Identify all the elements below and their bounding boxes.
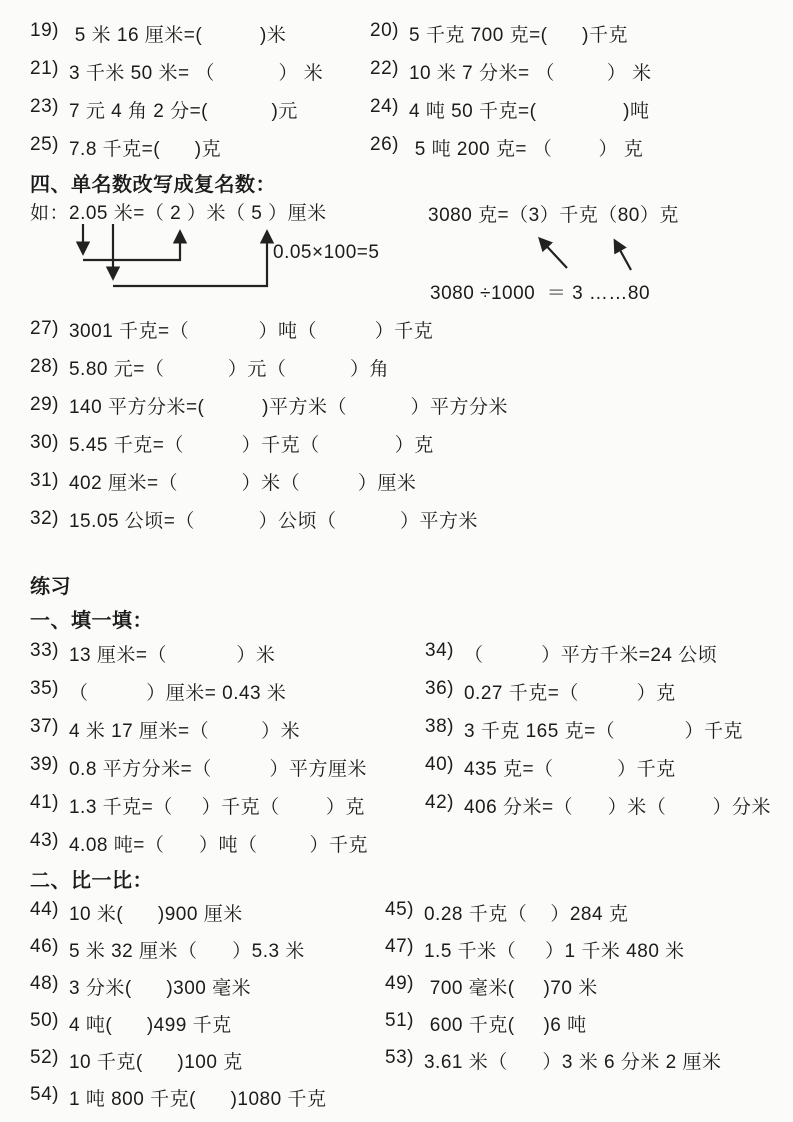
problem-number: 32): [30, 508, 59, 530]
practice-title: 练习: [30, 566, 793, 602]
problem-36: 36) 0.27 千克=（ ）克: [425, 678, 676, 705]
problem-text: 0.8 平方分米=（ ）平方厘米: [69, 754, 367, 781]
problem-text: 4 吨 50 千克=( )吨: [409, 96, 649, 123]
problem-row: 25) 7.8 千克=( )克 26) 5 吨 200 克= （ ） 克: [30, 128, 793, 166]
problem-text: 5 吨 200 克= （ ） 克: [409, 134, 643, 161]
problem-number: 40): [425, 754, 454, 781]
problem-number: 29): [30, 394, 59, 416]
problem-text: 5 米 16 厘米=( )米: [69, 20, 286, 47]
problem-31: 31) 402 厘米=（ ）米（ ）厘米: [30, 462, 793, 500]
problem-53: 53) 3.61 米（ ）3 米 6 分米 2 厘米: [385, 1047, 722, 1074]
problem-row: 37) 4 米 17 厘米=（ ）米 38) 3 千克 165 克=（ ）千克: [30, 710, 793, 748]
problem-number: 22): [370, 58, 399, 85]
problem-text: 1.5 千米（ ）1 千米 480 米: [424, 936, 685, 963]
problem-text: 3.61 米（ ）3 米 6 分米 2 厘米: [424, 1047, 722, 1074]
problem-text: 140 平方分米=( )平方米（ ）平方分米: [69, 392, 508, 419]
problem-34: 34) （ ）平方千米=24 公顷: [425, 640, 717, 667]
problem-number: 31): [30, 470, 59, 492]
problem-47: 47) 1.5 千米（ ）1 千米 480 米: [385, 936, 685, 963]
problem-number: 44): [30, 899, 59, 926]
fill-in-subheading: 一、填一填：: [30, 602, 793, 634]
problem-row: 35) （ ）厘米= 0.43 米 36) 0.27 千克=（ ）克: [30, 672, 793, 710]
problem-text: 10 米 7 分米= （ ） 米: [409, 58, 652, 85]
problem-number: 28): [30, 356, 59, 378]
problem-22: 22) 10 米 7 分米= （ ） 米: [370, 58, 652, 85]
problem-24: 24) 4 吨 50 千克=( )吨: [370, 96, 649, 123]
problem-42: 42) 406 分米=（ ）米（ ）分米: [425, 792, 771, 819]
up-left-arrow-icon: [540, 239, 567, 268]
problem-44: 44) 10 米( )900 厘米: [30, 899, 385, 926]
problem-text: 406 分米=（ ）米（ ）分米: [464, 792, 771, 819]
problem-row: 44) 10 米( )900 厘米 45) 0.28 千克（ ）284 克: [30, 894, 793, 931]
problem-text: 4 吨( )499 千克: [69, 1010, 232, 1037]
problem-row: 48) 3 分米( )300 毫米 49) 700 毫米( )70 米: [30, 968, 793, 1005]
problem-text: （ ）厘米= 0.43 米: [69, 678, 286, 705]
problem-number: 39): [30, 754, 59, 781]
problem-text: 7 元 4 角 2 分=( )元: [69, 96, 298, 123]
problem-number: 19): [30, 20, 59, 47]
problem-number: 35): [30, 678, 59, 705]
problem-text: 600 千克( )6 吨: [424, 1010, 587, 1037]
problem-number: 47): [385, 936, 414, 963]
problem-number: 43): [30, 830, 59, 857]
problem-text: 5.80 元=（ ）元（ ）角: [69, 354, 389, 381]
problem-number: 51): [385, 1010, 414, 1037]
problem-text: 700 毫米( )70 米: [424, 973, 598, 1000]
problem-25: 25) 7.8 千克=( )克: [30, 134, 370, 161]
problem-26: 26) 5 吨 200 克= （ ） 克: [370, 134, 643, 161]
problem-number: 54): [30, 1084, 59, 1111]
problem-text: 13 厘米=（ ）米: [69, 640, 275, 667]
problem-52: 52) 10 千克( )100 克: [30, 1047, 385, 1074]
problem-text: 5 千克 700 克=( )千克: [409, 20, 628, 47]
problem-text: 435 克=（ ）千克: [464, 754, 676, 781]
problem-number: 25): [30, 134, 59, 161]
problem-text: 3 千克 165 克=（ ）千克: [464, 716, 743, 743]
problem-51: 51) 600 千克( )6 吨: [385, 1010, 587, 1037]
problem-row: 21) 3 千米 50 米= （ ） 米 22) 10 米 7 分米= （ ） …: [30, 52, 793, 90]
problem-32: 32) 15.05 公顷=（ ）公顷（ ）平方米: [30, 500, 793, 538]
problem-number: 33): [30, 640, 59, 667]
problem-number: 41): [30, 792, 59, 819]
problem-row: 54) 1 吨 800 千克( )1080 千克: [30, 1079, 793, 1116]
problem-row: 43) 4.08 吨=（ ）吨（ ）千克: [30, 824, 793, 862]
problem-43: 43) 4.08 吨=（ ）吨（ ）千克: [30, 830, 425, 857]
problem-number: 52): [30, 1047, 59, 1074]
problem-row: 23) 7 元 4 角 2 分=( )元 24) 4 吨 50 千克=( )吨: [30, 90, 793, 128]
problem-37: 37) 4 米 17 厘米=（ ）米: [30, 716, 425, 743]
problem-41: 41) 1.3 千克=（ ）千克（ ）克: [30, 792, 425, 819]
problem-row: 50) 4 吨( )499 千克 51) 600 千克( )6 吨: [30, 1005, 793, 1042]
problem-number: 50): [30, 1010, 59, 1037]
conversion-example-diagram: 如：2.05 米=（ 2 ）米（ 5 ）厘米 0.05×100=5 3080 克…: [30, 198, 763, 310]
problem-number: 24): [370, 96, 399, 123]
problem-text: 402 厘米=（ ）米（ ）厘米: [69, 468, 416, 495]
problem-21: 21) 3 千米 50 米= （ ） 米: [30, 58, 370, 85]
problem-text: 15.05 公顷=（ ）公顷（ ）平方米: [69, 506, 478, 533]
problem-text: （ ）平方千米=24 公顷: [464, 640, 717, 667]
problem-38: 38) 3 千克 165 克=（ ）千克: [425, 716, 743, 743]
problem-48: 48) 3 分米( )300 毫米: [30, 973, 385, 1000]
problem-row: 52) 10 千克( )100 克 53) 3.61 米（ ）3 米 6 分米 …: [30, 1042, 793, 1079]
problem-text: 0.27 千克=（ ）克: [464, 678, 676, 705]
problem-row: 33) 13 厘米=（ ）米 34) （ ）平方千米=24 公顷: [30, 634, 793, 672]
problem-text: 4 米 17 厘米=（ ）米: [69, 716, 300, 743]
compare-subheading: 二、比一比：: [30, 862, 793, 894]
up-left-arrow-icon: [615, 241, 631, 270]
problem-row: 41) 1.3 千克=（ ）千克（ ）克 42) 406 分米=（ ）米（ ）分…: [30, 786, 793, 824]
problem-text: 4.08 吨=（ ）吨（ ）千克: [69, 830, 368, 857]
problem-number: 42): [425, 792, 454, 819]
problem-27: 27) 3001 千克=（ ）吨（ ）千克: [30, 310, 793, 348]
problem-50: 50) 4 吨( )499 千克: [30, 1010, 385, 1037]
problem-number: 30): [30, 432, 59, 454]
problem-46: 46) 5 米 32 厘米（ ）5.3 米: [30, 936, 385, 963]
problem-number: 37): [30, 716, 59, 743]
problem-30: 30) 5.45 千克=（ ）千克（ ）克: [30, 424, 793, 462]
problem-text: 0.28 千克（ ）284 克: [424, 899, 628, 926]
problem-40: 40) 435 克=（ ）千克: [425, 754, 676, 781]
problem-39: 39) 0.8 平方分米=（ ）平方厘米: [30, 754, 425, 781]
problem-35: 35) （ ）厘米= 0.43 米: [30, 678, 425, 705]
problem-number: 48): [30, 973, 59, 1000]
problem-29: 29) 140 平方分米=( )平方米（ ）平方分米: [30, 386, 793, 424]
problem-row: 39) 0.8 平方分米=（ ）平方厘米 40) 435 克=（ ）千克: [30, 748, 793, 786]
worksheet-page: 19) 5 米 16 厘米=( )米 20) 5 千克 700 克=( )千克 …: [0, 0, 793, 1122]
problem-text: 1.3 千克=（ ）千克（ ）克: [69, 792, 365, 819]
problem-28: 28) 5.80 元=（ ）元（ ）角: [30, 348, 793, 386]
problem-row: 46) 5 米 32 厘米（ ）5.3 米 47) 1.5 千米（ ）1 千米 …: [30, 931, 793, 968]
problem-number: 21): [30, 58, 59, 85]
section-four-problems: 27) 3001 千克=（ ）吨（ ）千克 28) 5.80 元=（ ）元（ ）…: [30, 310, 793, 538]
problem-number: 45): [385, 899, 414, 926]
problem-number: 27): [30, 318, 59, 340]
up-arrow-icon: [83, 232, 180, 260]
problem-text: 3001 千克=（ ）吨（ ）千克: [69, 316, 433, 343]
problem-23: 23) 7 元 4 角 2 分=( )元: [30, 96, 370, 123]
problem-text: 3 分米( )300 毫米: [69, 973, 251, 1000]
problem-text: 3 千米 50 米= （ ） 米: [69, 58, 323, 85]
problem-19: 19) 5 米 16 厘米=( )米: [30, 20, 370, 47]
section-spacer: [30, 538, 793, 566]
problem-number: 23): [30, 96, 59, 123]
problem-number: 36): [425, 678, 454, 705]
problem-text: 5 米 32 厘米（ ）5.3 米: [69, 936, 305, 963]
problem-text: 7.8 千克=( )克: [69, 134, 221, 161]
problem-number: 34): [425, 640, 454, 667]
conversion-arrows-diagram: [30, 198, 763, 310]
problem-49: 49) 700 毫米( )70 米: [385, 973, 598, 1000]
section-four-heading: 四、单名数改写成复名数：: [30, 166, 793, 198]
problem-number: 38): [425, 716, 454, 743]
problem-20: 20) 5 千克 700 克=( )千克: [370, 20, 628, 47]
problem-number: 49): [385, 973, 414, 1000]
problem-text: 5.45 千克=（ ）千克（ ）克: [69, 430, 434, 457]
problem-number: 46): [30, 936, 59, 963]
problem-text: 10 千克( )100 克: [69, 1047, 243, 1074]
problem-number: 26): [370, 134, 399, 161]
problem-row: 19) 5 米 16 厘米=( )米 20) 5 千克 700 克=( )千克: [30, 14, 793, 52]
problem-33: 33) 13 厘米=（ ）米: [30, 640, 425, 667]
problem-text: 1 吨 800 千克( )1080 千克: [69, 1084, 326, 1111]
problem-text: 10 米( )900 厘米: [69, 899, 243, 926]
problem-54: 54) 1 吨 800 千克( )1080 千克: [30, 1084, 385, 1111]
problem-number: 53): [385, 1047, 414, 1074]
problem-45: 45) 0.28 千克（ ）284 克: [385, 899, 628, 926]
problem-number: 20): [370, 20, 399, 47]
